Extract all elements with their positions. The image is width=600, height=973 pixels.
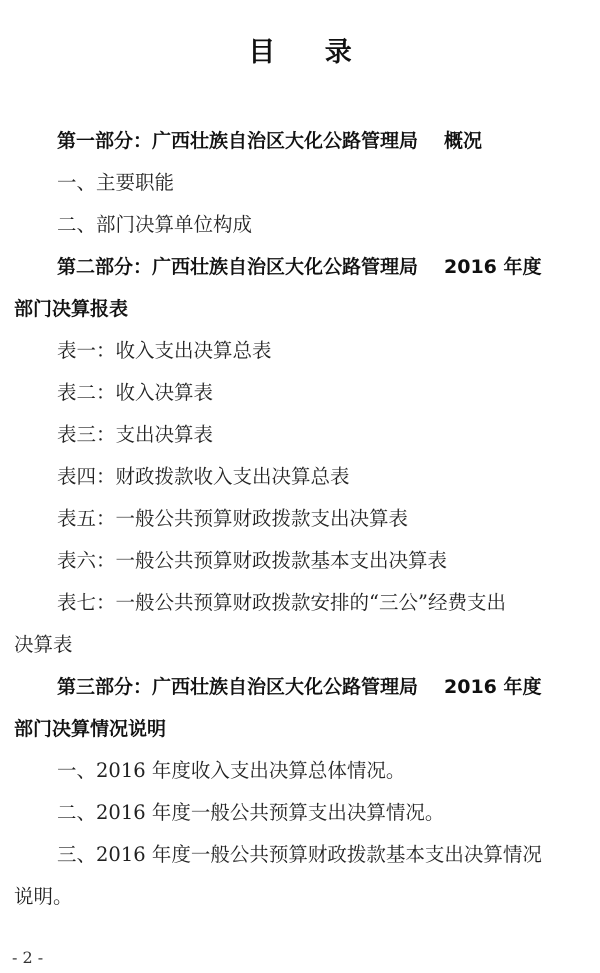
toc-item[interactable]: 三、2016 年度一般公共预算财政拨款基本支出决算情况: [14, 834, 574, 876]
toc-part3-heading-text: 第三部分：广西壮族自治区大化公路管理局: [57, 676, 418, 698]
toc-item-cont[interactable]: 说明。: [14, 876, 574, 918]
toc-item[interactable]: 表七：一般公共预算财政拨款安排的“三公”经费支出: [14, 582, 574, 624]
page-title: 目 录: [0, 30, 600, 69]
toc-part2-heading-suffix: 2016 年度: [444, 256, 542, 278]
toc-item[interactable]: 一、2016 年度收入支出决算总体情况。: [14, 750, 574, 792]
page-number: - 2 -: [12, 948, 43, 967]
toc-part1-heading-text: 第一部分：广西壮族自治区大化公路管理局: [57, 130, 418, 152]
toc-item-cont[interactable]: 决算表: [14, 624, 574, 666]
toc-item[interactable]: 表四：财政拨款收入支出决算总表: [14, 456, 574, 498]
toc-item[interactable]: 二、2016 年度一般公共预算支出决算情况。: [14, 792, 574, 834]
toc-part1-heading-suffix: 概况: [444, 130, 482, 152]
toc-part2-heading-text: 第二部分：广西壮族自治区大化公路管理局: [57, 256, 418, 278]
toc-part1-heading[interactable]: 第一部分：广西壮族自治区大化公路管理局概况: [14, 120, 574, 162]
toc-item[interactable]: 表二：收入决算表: [14, 372, 574, 414]
toc-part2-heading[interactable]: 第二部分：广西壮族自治区大化公路管理局2016 年度: [14, 246, 574, 288]
toc-part3-heading-suffix: 2016 年度: [444, 676, 542, 698]
toc-item[interactable]: 一、主要职能: [14, 162, 574, 204]
table-of-contents: 第一部分：广西壮族自治区大化公路管理局概况 一、主要职能 二、部门决算单位构成 …: [14, 120, 574, 918]
toc-item[interactable]: 表五：一般公共预算财政拨款支出决算表: [14, 498, 574, 540]
toc-part3-heading[interactable]: 第三部分：广西壮族自治区大化公路管理局2016 年度: [14, 666, 574, 708]
toc-item[interactable]: 表三：支出决算表: [14, 414, 574, 456]
toc-item[interactable]: 二、部门决算单位构成: [14, 204, 574, 246]
toc-part2-heading-cont[interactable]: 部门决算报表: [14, 288, 574, 330]
toc-item[interactable]: 表六：一般公共预算财政拨款基本支出决算表: [14, 540, 574, 582]
toc-part3-heading-cont[interactable]: 部门决算情况说明: [14, 708, 574, 750]
toc-item[interactable]: 表一：收入支出决算总表: [14, 330, 574, 372]
